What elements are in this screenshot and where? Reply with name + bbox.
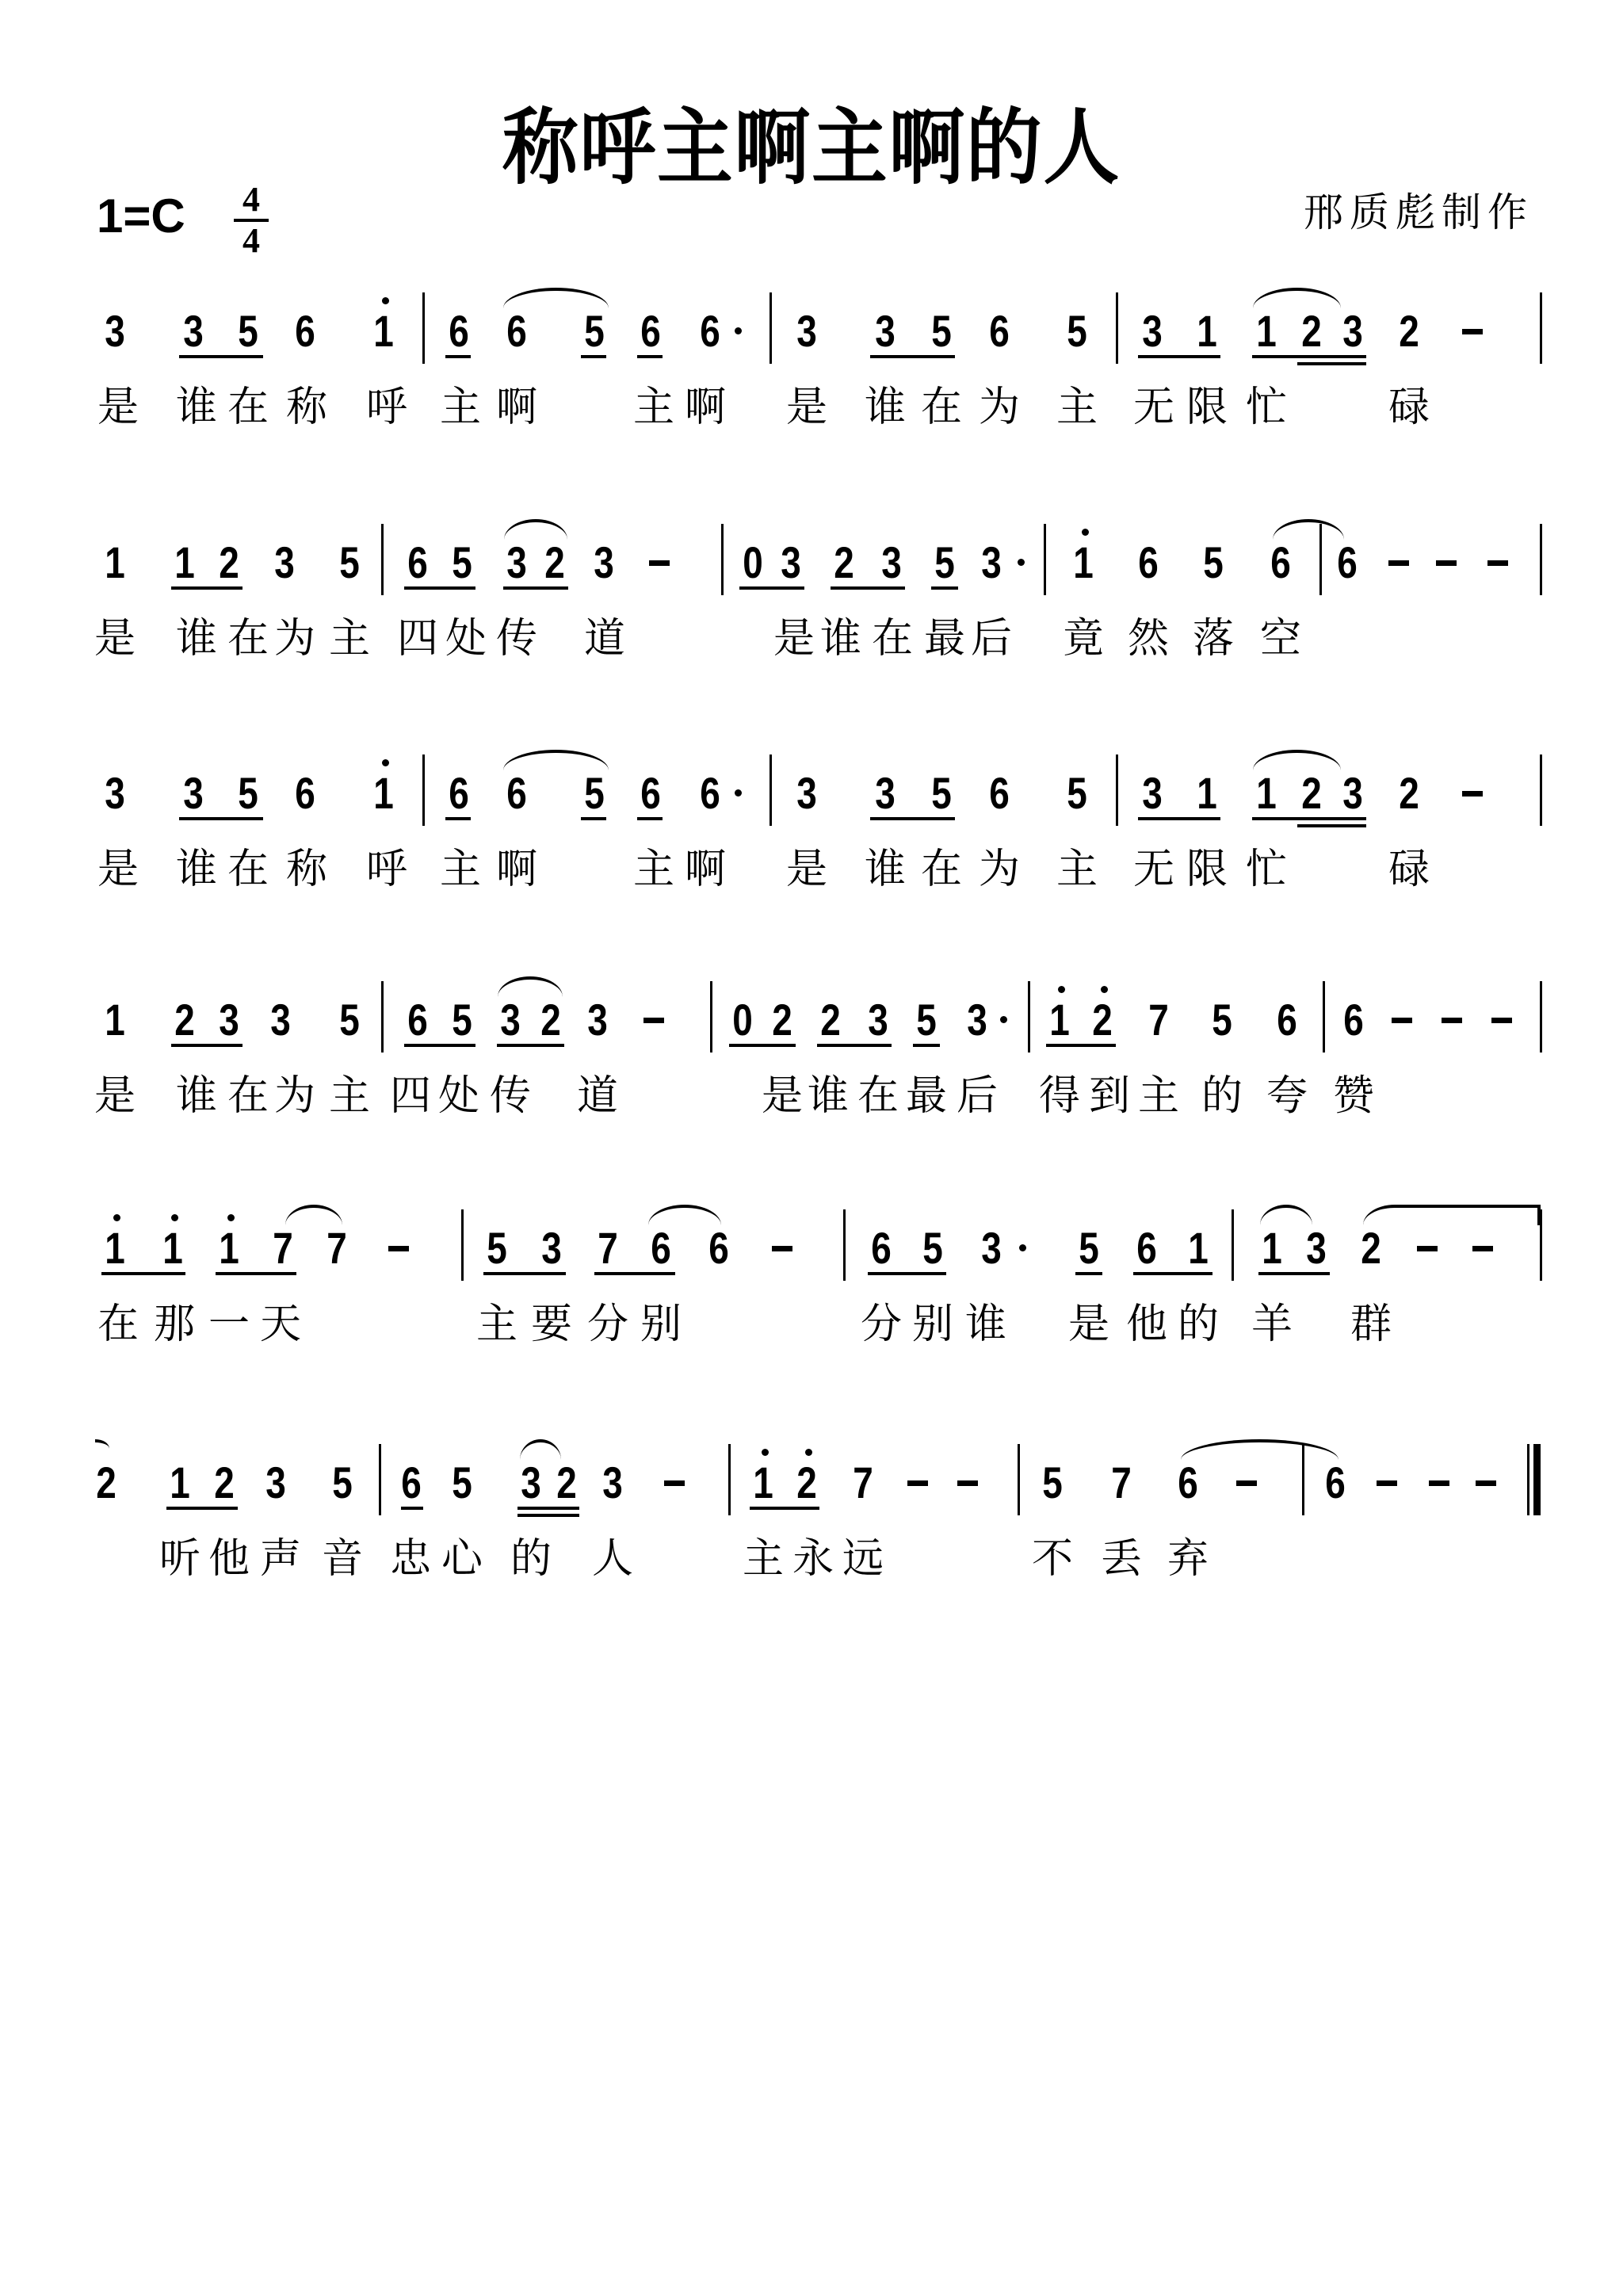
note: 3: [1333, 774, 1372, 813]
eighth-beam: [913, 1044, 940, 1047]
lyric-syllable: 忙: [1239, 385, 1294, 430]
score-system-6: 21235653231275766听他声音忠心的人主永远不丢弃: [0, 1463, 1623, 1622]
eighth-beam: [739, 586, 804, 590]
note: 1: [165, 543, 204, 583]
lyric-syllable: 音: [315, 1537, 370, 1581]
lyric-syllable: 主: [322, 1074, 377, 1118]
note: 5: [1057, 311, 1096, 351]
augmentation-dot: [1019, 1244, 1026, 1251]
lyric-syllable: 然: [1121, 617, 1176, 661]
note: 3: [787, 774, 826, 813]
lyric-syllable: 是: [90, 847, 146, 892]
lyric-syllable: 的: [503, 1537, 559, 1581]
note: 2: [1351, 1228, 1390, 1268]
slur-tie: [504, 519, 567, 540]
note: 3: [872, 543, 911, 583]
note: 7: [1102, 1463, 1140, 1503]
extension-dash: [907, 1480, 928, 1486]
note: 5: [907, 1000, 945, 1040]
lyric-syllable: 为: [267, 617, 323, 661]
note: 6: [398, 543, 437, 583]
note: 5: [1069, 1228, 1108, 1268]
lyric-syllable: 别: [905, 1302, 960, 1347]
lyric-syllable: 在: [850, 1074, 906, 1118]
barline: [461, 1209, 464, 1281]
note: 7: [588, 1228, 627, 1268]
extension-dash: [1417, 1246, 1438, 1251]
note: 6: [631, 774, 670, 813]
note: 3: [261, 1000, 300, 1040]
lyric-syllable: 赞: [1326, 1074, 1381, 1118]
note: 6: [1327, 543, 1366, 583]
lyric-syllable: 道: [577, 617, 632, 661]
note: 6: [1334, 1000, 1373, 1040]
note: 5: [228, 311, 267, 351]
note: 1: [1064, 543, 1102, 583]
note: 1: [95, 1000, 134, 1040]
note: 1: [364, 311, 403, 351]
note: 3: [1132, 311, 1171, 351]
note: 3: [578, 1000, 617, 1040]
note: 6: [398, 1000, 437, 1040]
high-octave-dot: [227, 1214, 235, 1221]
note: 1: [1247, 311, 1285, 351]
barline: [1323, 981, 1325, 1052]
barline: [422, 292, 425, 364]
note: 5: [330, 543, 369, 583]
note: 3: [256, 1463, 295, 1503]
note: 1: [209, 1228, 248, 1268]
lyric-syllable: 弃: [1160, 1537, 1216, 1581]
lyric-syllable: 道: [570, 1074, 625, 1118]
note: 5: [477, 1228, 516, 1268]
extension-dash: [649, 560, 670, 566]
augmentation-dot: [735, 327, 742, 334]
lyric-syllable: 他: [201, 1537, 257, 1581]
lyric-syllable: 称: [279, 385, 334, 430]
note: 6: [497, 774, 536, 813]
eighth-beam: [404, 1044, 475, 1047]
note: 2: [1389, 311, 1428, 351]
lyric-syllable: 啊: [489, 847, 544, 892]
augmentation-dot: [1000, 1016, 1007, 1023]
note: 1: [743, 1463, 782, 1503]
note: 5: [330, 1000, 369, 1040]
note: 5: [1202, 1000, 1241, 1040]
eighth-beam: [637, 817, 663, 820]
eighth-beam: [729, 1044, 796, 1047]
eighth-beam: [870, 355, 955, 358]
lyric-syllable: 得: [1032, 1074, 1087, 1118]
lyric-syllable: 群: [1343, 1302, 1399, 1347]
extension-dash: [1462, 329, 1483, 334]
lyric-syllable: 碌: [1381, 847, 1437, 892]
note: 3: [972, 543, 1010, 583]
lyric-syllable: 主: [469, 1302, 525, 1347]
note: 6: [1316, 1463, 1354, 1503]
note: 1: [95, 1228, 134, 1268]
note: 1: [1247, 774, 1285, 813]
lyric-syllable: 为: [972, 385, 1027, 430]
note: 3: [174, 774, 212, 813]
extension-dash: [1236, 1480, 1257, 1486]
barline: [843, 1209, 846, 1281]
high-octave-dot: [762, 1449, 769, 1456]
extension-dash: [1392, 1018, 1412, 1023]
eighth-beam: [1252, 817, 1366, 820]
note: 6: [1128, 543, 1167, 583]
note: 6: [439, 774, 478, 813]
lyric-syllable: 限: [1179, 385, 1235, 430]
lyric-syllable: 谁: [857, 847, 913, 892]
lyric-syllable: 是: [779, 847, 834, 892]
lyric-syllable: 啊: [489, 385, 544, 430]
lyric-syllable: 主: [322, 617, 377, 661]
eighth-beam: [1258, 1272, 1330, 1275]
eighth-beam: [216, 1272, 296, 1275]
sixteenth-beam: [1297, 824, 1366, 827]
note: 1: [1252, 1228, 1291, 1268]
lyric-syllable: 的: [1194, 1074, 1250, 1118]
barline: [1540, 292, 1542, 364]
barline: [379, 1444, 381, 1515]
eighth-beam: [1138, 817, 1220, 820]
score-system-1: 335616656633565311232是谁在称呼主啊主啊是谁在为主无限忙碌: [0, 311, 1623, 470]
lyric-syllable: 听: [152, 1537, 208, 1581]
lyric-syllable: 谁: [169, 617, 224, 661]
note: 6: [699, 1228, 738, 1268]
slur-tie: [1181, 1439, 1338, 1460]
lyric-syllable: 忠: [383, 1537, 438, 1581]
extension-dash: [1442, 1018, 1462, 1023]
eighth-beam: [637, 355, 663, 358]
eighth-beam: [594, 1272, 675, 1275]
eighth-beam: [171, 1044, 242, 1047]
note: 6: [497, 311, 536, 351]
note: 5: [1193, 543, 1232, 583]
extension-dash: [1377, 1480, 1397, 1486]
eighth-beam: [581, 817, 606, 820]
lyric-syllable: 后: [949, 1074, 1005, 1118]
barline: [1116, 292, 1118, 364]
lyric-syllable: 限: [1179, 847, 1235, 892]
barline: [1540, 524, 1542, 595]
barline: [422, 755, 425, 826]
slur-tie: [95, 1439, 109, 1460]
lyric-syllable: 呼: [359, 385, 414, 430]
extension-dash: [1491, 1018, 1512, 1023]
lyric-syllable: 在: [914, 847, 969, 892]
lyric-syllable: 在: [220, 847, 276, 892]
note: 2: [811, 1000, 850, 1040]
eighth-beam: [483, 1272, 566, 1275]
lyric-syllable: 谁: [169, 1074, 224, 1118]
lyric-syllable: 四: [390, 617, 445, 661]
lyric-syllable: 是: [87, 617, 143, 661]
lyric-syllable: 别: [633, 1302, 689, 1347]
note: 7: [317, 1228, 356, 1268]
note: 3: [865, 774, 904, 813]
note: 6: [1168, 1463, 1207, 1503]
eighth-beam: [868, 1272, 946, 1275]
lyric-syllable: 在: [90, 1302, 146, 1347]
lyric-syllable: 忙: [1239, 847, 1294, 892]
high-octave-dot: [1082, 529, 1089, 536]
note: 1: [1040, 1000, 1079, 1040]
extension-dash: [1429, 1480, 1449, 1486]
note: 5: [323, 1463, 361, 1503]
score-system-4: 1233565323022353127566是谁在为主四处传道是谁在最后得到主的…: [0, 1000, 1623, 1159]
note: 3: [174, 311, 212, 351]
note: 6: [641, 1228, 680, 1268]
eighth-beam: [517, 1507, 579, 1510]
eighth-beam: [445, 817, 471, 820]
note: 2: [165, 1000, 204, 1040]
key-label: 1=C: [97, 189, 185, 243]
barline: [381, 524, 384, 595]
note: 2: [547, 1463, 586, 1503]
lyric-syllable: 天: [253, 1302, 308, 1347]
lyric-syllable: 那: [147, 1302, 202, 1347]
eighth-beam: [404, 586, 475, 590]
time-signature-denominator: 4: [234, 222, 269, 257]
lyric-syllable: 落: [1186, 617, 1241, 661]
eighth-beam: [870, 817, 955, 820]
note: 2: [1292, 311, 1331, 351]
note: 2: [86, 1463, 125, 1503]
lyric-syllable: 主: [626, 847, 682, 892]
key-signature: 1=C: [97, 190, 185, 243]
lyric-syllable: 空: [1253, 617, 1308, 661]
lyric-syllable: 丢: [1094, 1537, 1149, 1581]
barline: [381, 981, 384, 1052]
high-octave-dot: [382, 759, 389, 766]
lyric-syllable: 是: [87, 1074, 143, 1118]
author-credit: 邢质彪制作: [1304, 189, 1533, 236]
note: 3: [771, 543, 810, 583]
note: 3: [265, 543, 304, 583]
lyric-syllable: 竟: [1056, 617, 1111, 661]
note: 3: [865, 311, 904, 351]
lyric-syllable: 他: [1119, 1302, 1174, 1347]
note: 6: [439, 311, 478, 351]
slur-tie: [1253, 750, 1341, 770]
barline: [710, 981, 712, 1052]
note: 3: [972, 1228, 1010, 1268]
eighth-beam: [1075, 1272, 1102, 1275]
lyric-syllable: 主: [735, 1537, 791, 1581]
note: 1: [364, 774, 403, 813]
lyric-syllable: 在: [220, 385, 276, 430]
note: 5: [1033, 1463, 1071, 1503]
lyric-syllable: 在: [914, 385, 969, 430]
note: 3: [95, 311, 134, 351]
eighth-beam: [497, 1044, 564, 1047]
note: 5: [228, 774, 267, 813]
barline: [1044, 524, 1046, 595]
note: 3: [95, 774, 134, 813]
slur-tie: [1273, 519, 1344, 540]
note: 0: [723, 1000, 762, 1040]
note: 3: [497, 543, 536, 583]
lyric-syllable: 后: [964, 617, 1019, 661]
note: 0: [733, 543, 772, 583]
lyric-syllable: 碌: [1381, 385, 1437, 430]
note: 2: [531, 1000, 570, 1040]
barline: [1018, 1444, 1020, 1515]
note: 2: [1389, 774, 1428, 813]
barline: [1232, 1209, 1234, 1281]
extension-dash: [957, 1480, 978, 1486]
note: 6: [861, 1228, 900, 1268]
slur-tie: [503, 750, 609, 770]
lyric-syllable: 一: [201, 1302, 257, 1347]
note: 3: [491, 1000, 529, 1040]
note: 1: [1178, 1228, 1217, 1268]
lyric-syllable: 谁: [857, 385, 913, 430]
note: 2: [762, 1000, 801, 1040]
note: 1: [160, 1463, 199, 1503]
note: 3: [787, 311, 826, 351]
lyric-syllable: 无: [1126, 847, 1182, 892]
extension-dash: [1472, 1246, 1493, 1251]
lyric-syllable: 是: [90, 385, 146, 430]
note: 6: [631, 311, 670, 351]
barline: [1540, 755, 1542, 826]
extension-dash: [1487, 560, 1508, 566]
note: 2: [1292, 774, 1331, 813]
lyric-syllable: 声: [253, 1537, 308, 1581]
note: 5: [913, 1228, 952, 1268]
note: 6: [690, 774, 729, 813]
note: 3: [957, 1000, 996, 1040]
note: 2: [824, 543, 863, 583]
slur-tie: [648, 1205, 721, 1225]
song-title: 称呼主啊主啊的人: [65, 101, 1558, 193]
lyric-syllable: 永: [785, 1537, 841, 1581]
lyric-syllable: 的: [1170, 1302, 1226, 1347]
lyric-syllable: 人: [585, 1537, 640, 1581]
sixteenth-beam: [517, 1514, 579, 1517]
lyric-syllable: 谁: [800, 1074, 856, 1118]
high-octave-dot: [1101, 986, 1108, 993]
note: 5: [922, 774, 960, 813]
note: 3: [1296, 1228, 1335, 1268]
lyric-syllable: 谁: [169, 847, 224, 892]
high-octave-dot: [1058, 986, 1065, 993]
augmentation-dot: [735, 789, 742, 797]
lyric-syllable: 分: [580, 1302, 636, 1347]
extension-dash: [388, 1246, 409, 1251]
barline: [728, 1444, 731, 1515]
note: 3: [858, 1000, 897, 1040]
note: 2: [204, 1463, 243, 1503]
eighth-beam: [503, 586, 568, 590]
note: 6: [690, 311, 729, 351]
note: 2: [1083, 1000, 1121, 1040]
lyric-syllable: 谁: [813, 617, 869, 661]
eighth-beam: [101, 1272, 185, 1275]
slur-tie: [520, 1439, 561, 1460]
eighth-beam: [581, 355, 606, 358]
barline: [721, 524, 724, 595]
eighth-beam: [931, 586, 958, 590]
note: 5: [442, 1463, 481, 1503]
eighth-beam: [171, 586, 242, 590]
lyric-syllable: 是: [1061, 1302, 1117, 1347]
lyric-syllable: 不: [1025, 1537, 1080, 1581]
lyric-syllable: 称: [279, 847, 334, 892]
note: 1: [1187, 774, 1226, 813]
high-octave-dot: [113, 1214, 120, 1221]
score-system-5: 1117753766653561132在那一天主要分别分别谁是他的羊群: [0, 1228, 1623, 1387]
note: 3: [532, 1228, 571, 1268]
lyric-syllable: 分: [854, 1302, 909, 1347]
high-octave-dot: [805, 1449, 812, 1456]
lyric-syllable: 为: [267, 1074, 323, 1118]
note: 5: [575, 311, 613, 351]
extension-dash: [1462, 791, 1483, 797]
note: 7: [1139, 1000, 1178, 1040]
note: 3: [511, 1463, 550, 1503]
note: 5: [922, 311, 960, 351]
eighth-beam: [166, 1507, 238, 1510]
time-signature: 4 4: [234, 184, 269, 257]
lyric-syllable: 无: [1126, 385, 1182, 430]
eighth-beam: [401, 1507, 423, 1510]
eighth-beam: [1138, 355, 1220, 358]
slur-tie: [1260, 1205, 1312, 1225]
lyric-syllable: 传: [483, 1074, 538, 1118]
note: 1: [95, 543, 134, 583]
lyric-syllable: 主: [1131, 1074, 1186, 1118]
score-system-3: 335616656633565311232是谁在称呼主啊主啊是谁在为主无限忙碌: [0, 774, 1623, 932]
eighth-beam: [817, 1044, 892, 1047]
extension-dash: [1388, 560, 1409, 566]
slur-tie: [1363, 1205, 1541, 1225]
slur-tie: [503, 288, 609, 308]
note: 2: [209, 543, 248, 583]
extension-dash: [1476, 1480, 1496, 1486]
lyric-syllable: 羊: [1244, 1302, 1300, 1347]
note: 3: [593, 1463, 632, 1503]
note: 2: [535, 543, 574, 583]
note: 6: [1261, 543, 1300, 583]
note: 1: [153, 1228, 192, 1268]
note: 7: [843, 1463, 882, 1503]
lyric-syllable: 四: [383, 1074, 438, 1118]
sixteenth-beam: [1297, 362, 1366, 365]
slur-tie: [498, 976, 563, 997]
lyric-syllable: 处: [431, 1074, 487, 1118]
extension-dash: [772, 1246, 792, 1251]
slur-tie: [1253, 288, 1341, 308]
note: 5: [575, 774, 613, 813]
note: 6: [980, 311, 1018, 351]
lyric-syllable: 啊: [678, 385, 733, 430]
barline: [1540, 981, 1542, 1052]
note: 6: [980, 774, 1018, 813]
lyric-syllable: 主: [433, 385, 488, 430]
lyric-syllable: 主: [1049, 847, 1105, 892]
high-octave-dot: [171, 1214, 178, 1221]
eighth-beam: [179, 817, 263, 820]
eighth-beam: [179, 355, 263, 358]
score-system-2: 112356532303235316566是谁在为主四处传道是谁在最后竟然落空: [0, 543, 1623, 701]
barline: [1116, 755, 1118, 826]
note: 3: [584, 543, 623, 583]
slur-tie: [285, 1205, 342, 1225]
